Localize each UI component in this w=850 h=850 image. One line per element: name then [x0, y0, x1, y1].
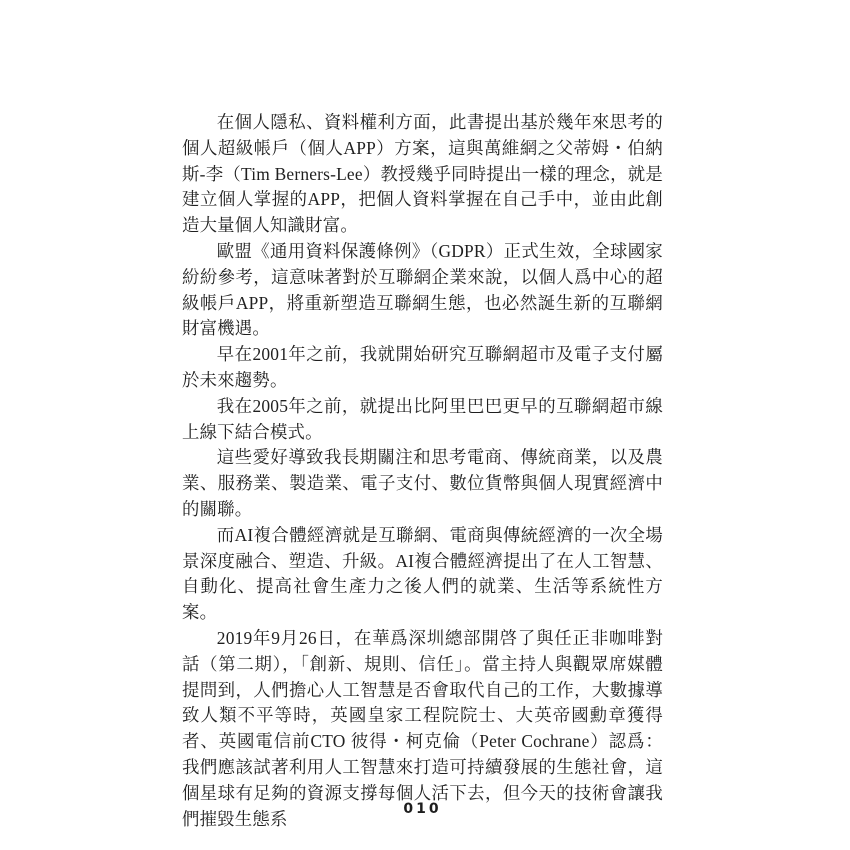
paragraph-gdpr: 歐盟《通用資料保護條例》（GDPR）正式生效，全球國家紛紛參考，這意味著對於互聯…: [182, 239, 663, 342]
paragraph-privacy-data-rights: 在個人隱私、資料權利方面，此書提出基於幾年來思考的個人超級帳戶（個人APP）方案…: [182, 110, 663, 239]
paragraph-interests: 這些愛好導致我長期關注和思考電商、傳統商業，以及農業、服務業、製造業、電子支付、…: [182, 445, 663, 522]
body-text: 在個人隱私、資料權利方面，此書提出基於幾年來思考的個人超級帳戶（個人APP）方案…: [182, 110, 663, 832]
page-number: 010: [182, 801, 663, 817]
paragraph-2001-research: 早在2001年之前，我就開始研究互聯網超市及電子支付屬於未來趨勢。: [182, 342, 663, 394]
book-page: 在個人隱私、資料權利方面，此書提出基於幾年來思考的個人超級帳戶（個人APP）方案…: [0, 0, 850, 850]
paragraph-ai-composite-economy: 而AI複合體經濟就是互聯網、電商與傳統經濟的一次全場景深度融合、塑造、升級。AI…: [182, 523, 663, 626]
paragraph-2005-model: 我在2005年之前，就提出比阿里巴巴更早的互聯網超市線上線下結合模式。: [182, 394, 663, 446]
